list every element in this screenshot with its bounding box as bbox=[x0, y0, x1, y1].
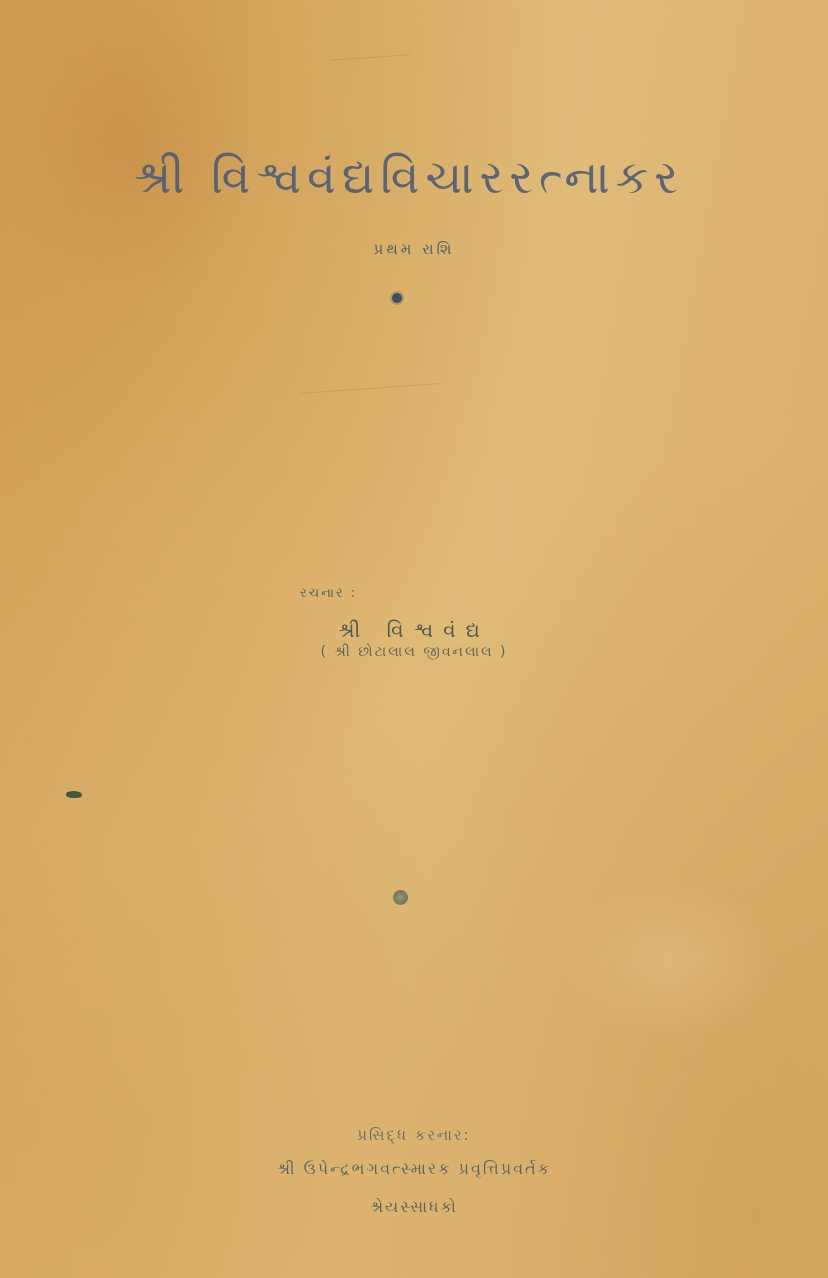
author-real-name: ( શ્રી છોટાલાલ જીવનલાલ ) bbox=[0, 644, 828, 660]
author-label: રચનાર : bbox=[300, 586, 357, 601]
ink-blot bbox=[66, 791, 82, 798]
book-subtitle: પ્રથમ રાશિ bbox=[0, 240, 828, 258]
paper-crease bbox=[300, 383, 440, 394]
author-name: શ્રી વિશ્વવંદ્ય bbox=[0, 618, 828, 642]
book-cover: શ્રી વિશ્વવંદ્યવિચારરત્નાકર પ્રથમ રાશિ ર… bbox=[0, 0, 828, 1278]
rosette-ornament-icon bbox=[393, 890, 408, 905]
publisher-name: શ્રી ઉપેન્દ્રભગવત્સ્મારક પ્રવૃત્તિપ્રવર્… bbox=[0, 1159, 828, 1179]
publisher-subtitle: શ્રેયસ્સાધકો bbox=[0, 1197, 828, 1217]
dot-ornament-icon bbox=[392, 293, 402, 303]
publisher-label: પ્રસિદ્ધ કરનાર: bbox=[0, 1126, 828, 1144]
paper-stain bbox=[560, 880, 780, 1040]
paper-crease bbox=[330, 54, 410, 61]
book-title: શ્રી વિશ્વવંદ્યવિચારરત્નાકર bbox=[90, 150, 728, 206]
